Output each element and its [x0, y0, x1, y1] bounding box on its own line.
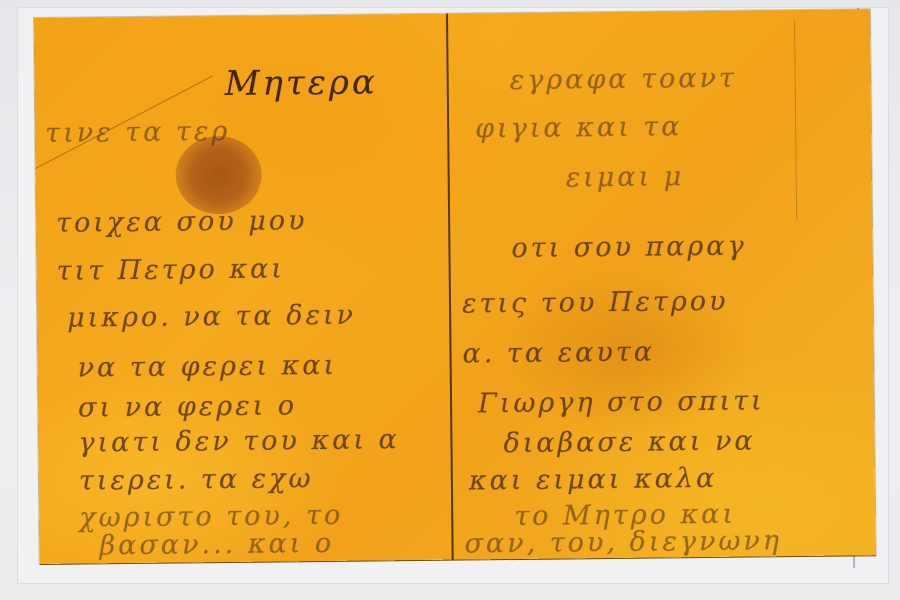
letter-line: φιγια και τα — [475, 111, 683, 144]
letter-line: Γιωργη στο σπιτι — [478, 385, 765, 419]
letter-line: ειμαι μ — [566, 161, 685, 193]
letter-line: τιτ Πετρο και — [56, 253, 285, 286]
letter-line: τοιχεα σου μου — [56, 205, 308, 239]
right-crease — [794, 20, 797, 220]
letter-line: ετις του Πετρου — [462, 286, 729, 320]
letter-salutation: Μητερα — [224, 62, 378, 104]
letter-line: βασαν... και ο — [99, 528, 334, 561]
letter-line: διαβασε και να — [503, 425, 755, 459]
letter-line: μικρο. να τα δειν — [67, 300, 356, 334]
letter-line: σαν, του, διεγνωνη — [464, 525, 782, 559]
letter-line: οτι σου παραγ — [511, 231, 747, 264]
letter-line: σι να φερει ο — [78, 390, 297, 423]
stain-mark — [175, 136, 262, 215]
letter-paper: Μητερα τινε τα τερ τοιχεα σου μου τιτ Πε… — [34, 9, 876, 564]
letter-line: εγραφα τοαντ — [510, 63, 738, 96]
center-fold-line — [446, 14, 454, 560]
letter-line: τιερει. τα εχω — [79, 463, 314, 496]
letter-line: τινε τα τερ — [45, 116, 230, 149]
letter-line: γιατι δεν του και α — [78, 424, 400, 458]
letter-line: α. τα εαυτα — [462, 337, 655, 370]
letter-line: και ειμαι καλα — [469, 463, 718, 497]
letter-line: να τα φερει και — [78, 350, 338, 384]
